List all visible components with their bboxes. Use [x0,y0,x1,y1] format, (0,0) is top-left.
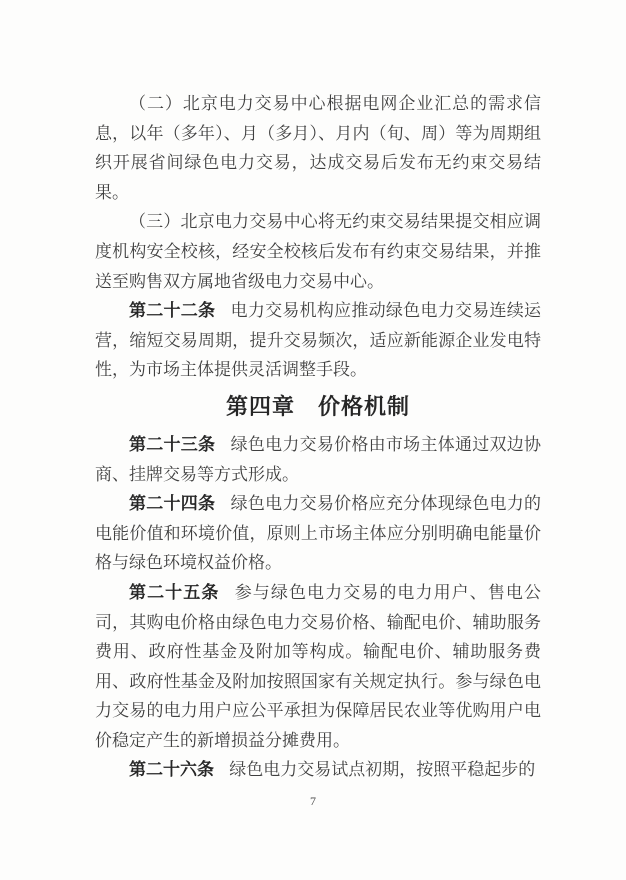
body-paragraph: 第二十四条绿色电力交易价格应充分体现绿色电力的电能价值和环境价值，原则上市场主体… [95,489,541,578]
article-number-label: 第二十五条 [129,583,219,602]
body-paragraph: 第二十三条绿色电力交易价格由市场主体通过双边协商、挂牌交易等方式形成。 [95,430,541,489]
body-paragraph: （三）北京电力交易中心将无约束交易结果提交相应调度机构安全校核，经安全校核后发布… [95,207,541,296]
body-paragraph: （二）北京电力交易中心根据电网企业汇总的需求信息，以年（多年）、月（多月）、月内… [95,89,541,207]
article-number-label: 第二十二条 [129,301,215,320]
article-text: 参与绿色电力交易的电力用户、售电公司，其购电价格由绿色电力交易价格、输配电价、辅… [95,583,541,750]
article-number-label: 第二十六条 [129,760,214,779]
body-paragraph: 第二十五条参与绿色电力交易的电力用户、售电公司，其购电价格由绿色电力交易价格、输… [95,578,541,756]
article-number-label: 第二十四条 [129,494,215,513]
article-number-label: 第二十三条 [129,435,215,454]
page-number: 7 [0,793,626,809]
document-body: （二）北京电力交易中心根据电网企业汇总的需求信息，以年（多年）、月（多月）、月内… [95,89,541,785]
document-page: （二）北京电力交易中心根据电网企业汇总的需求信息，以年（多年）、月（多月）、月内… [0,0,626,880]
chapter-heading: 第四章 价格机制 [95,392,541,422]
body-paragraph: 第二十二条电力交易机构应推动绿色电力交易连续运营，缩短交易周期，提升交易频次，适… [95,296,541,385]
body-paragraph: 第二十六条绿色电力交易试点初期，按照平稳起步的 [95,755,541,785]
article-text: 绿色电力交易试点初期，按照平稳起步的 [229,760,535,779]
